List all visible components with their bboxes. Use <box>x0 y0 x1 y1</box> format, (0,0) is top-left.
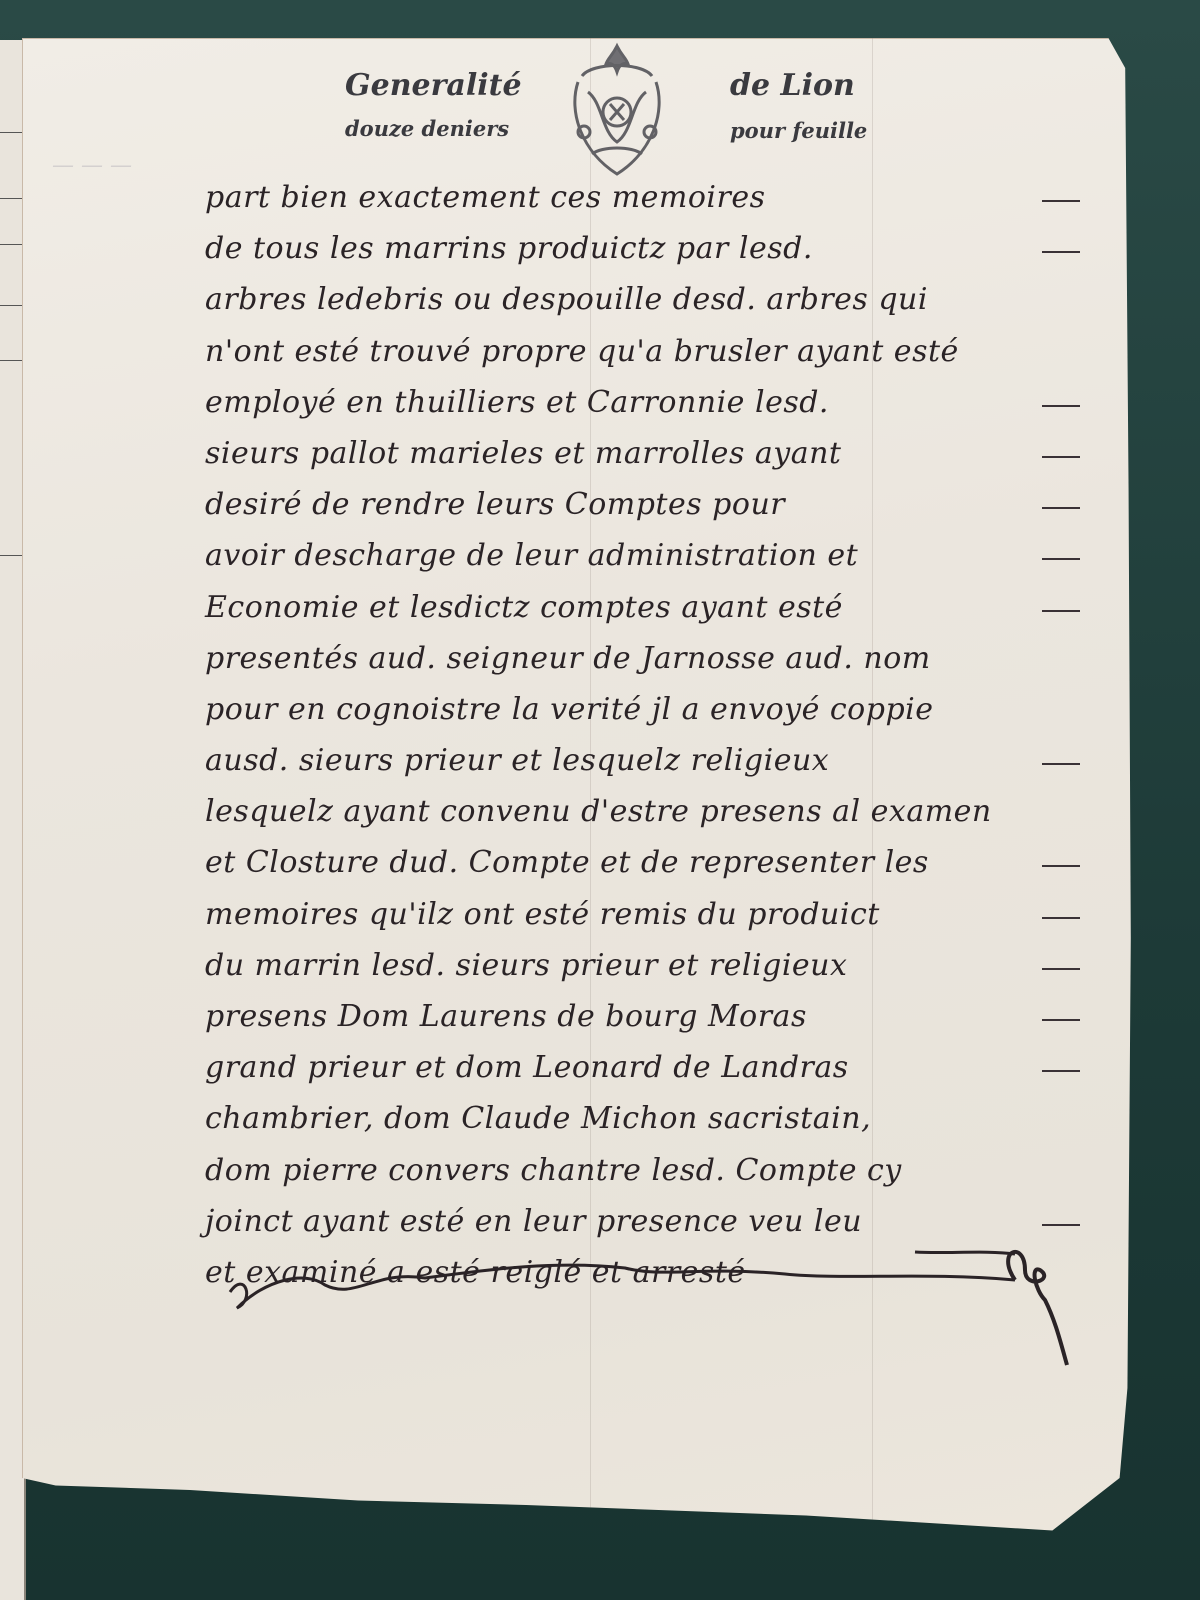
text-line: dom pierre convers chantre lesd. Compte … <box>205 1145 1075 1196</box>
text-line: du marrin lesd. sieurs prieur et religie… <box>205 940 1075 991</box>
stamp-pour-feuille: pour feuille <box>730 118 867 143</box>
stamp-generalite: Generalité <box>345 68 522 103</box>
line-filler-dash <box>1042 610 1080 612</box>
stamp-de-lion: de Lion <box>730 68 855 103</box>
text-line: lesquelz ayant convenu d'estre presens a… <box>205 786 1075 837</box>
line-filler-dash <box>1042 763 1080 765</box>
line-filler-dash <box>1042 456 1080 458</box>
line-filler-dash <box>1042 917 1080 919</box>
line-text: presens Dom Laurens de bourg Moras <box>205 999 807 1034</box>
line-filler-dash <box>1042 405 1080 407</box>
line-filler-dash <box>1042 1070 1080 1072</box>
text-line: de tous les marrins produictz par lesd. <box>205 223 1075 274</box>
line-text: part bien exactement ces memoires <box>205 180 766 215</box>
line-filler-dash <box>1042 200 1080 202</box>
text-line: et Closture dud. Compte et de represente… <box>205 837 1075 888</box>
text-line: grand prieur et dom Leonard de Landras <box>205 1042 1075 1093</box>
line-text: du marrin lesd. sieurs prieur et religie… <box>205 948 847 983</box>
text-line: presens Dom Laurens de bourg Moras <box>205 991 1075 1042</box>
text-line: sieurs pallot marieles et marrolles ayan… <box>205 428 1075 479</box>
tax-stamp-header: Generalité de Lion douze deniers pour fe… <box>330 42 930 162</box>
line-text: pour en cognoistre la verité jl a envoyé… <box>205 692 934 727</box>
line-text: memoires qu'ilz ont esté remis du produi… <box>205 897 880 932</box>
bleed-through-text: — — — <box>52 153 132 178</box>
line-text: sieurs pallot marieles et marrolles ayan… <box>205 436 841 471</box>
line-text: employé en thuilliers et Carronnie lesd. <box>205 385 829 420</box>
line-filler-dash <box>1042 507 1080 509</box>
ruling-mark <box>0 360 22 361</box>
line-filler-dash <box>1042 865 1080 867</box>
text-line: arbres ledebris ou despouille desd. arbr… <box>205 274 1075 325</box>
line-filler-dash <box>1042 558 1080 560</box>
ruling-mark <box>0 244 22 245</box>
ruling-mark <box>0 305 22 306</box>
text-line: part bien exactement ces memoires <box>205 172 1075 223</box>
text-line: avoir descharge de leur administration e… <box>205 530 1075 581</box>
text-line: memoires qu'ilz ont esté remis du produi… <box>205 889 1075 940</box>
line-text: arbres ledebris ou despouille desd. arbr… <box>205 282 928 317</box>
line-text: dom pierre convers chantre lesd. Compte … <box>205 1153 902 1188</box>
line-text: de tous les marrins produictz par lesd. <box>205 231 813 266</box>
line-text: ausd. sieurs prieur et lesquelz religieu… <box>205 743 829 778</box>
line-filler-dash <box>1042 968 1080 970</box>
line-text: lesquelz ayant convenu d'estre presens a… <box>205 794 992 829</box>
text-line: chambrier, dom Claude Michon sacristain, <box>205 1093 1075 1144</box>
line-text: chambrier, dom Claude Michon sacristain, <box>205 1101 871 1136</box>
line-text: Economie et lesdictz comptes ayant esté <box>205 590 843 625</box>
stamp-douze-deniers: douze deniers <box>345 116 509 141</box>
line-text: grand prieur et dom Leonard de Landras <box>205 1050 849 1085</box>
text-line: Economie et lesdictz comptes ayant esté <box>205 582 1075 633</box>
line-text: n'ont esté trouvé propre qu'a brusler ay… <box>205 334 959 369</box>
signature-flourish-icon <box>225 1240 1085 1370</box>
line-text: presentés aud. seigneur de Jarnosse aud.… <box>205 641 931 676</box>
text-line: pour en cognoistre la verité jl a envoyé… <box>205 684 1075 735</box>
text-line: n'ont esté trouvé propre qu'a brusler ay… <box>205 326 1075 377</box>
line-filler-dash <box>1042 1224 1080 1226</box>
text-line: employé en thuilliers et Carronnie lesd. <box>205 377 1075 428</box>
line-filler-dash <box>1042 251 1080 253</box>
fleur-de-lis-emblem-icon <box>562 42 672 182</box>
ruling-mark <box>0 132 22 133</box>
text-line: ausd. sieurs prieur et lesquelz religieu… <box>205 735 1075 786</box>
line-text: joinct ayant esté en leur presence veu l… <box>205 1204 862 1239</box>
line-text: avoir descharge de leur administration e… <box>205 538 858 573</box>
line-filler-dash <box>1042 1019 1080 1021</box>
line-text: desiré de rendre leurs Comptes pour <box>205 487 785 522</box>
ruling-mark <box>0 198 22 199</box>
text-line: presentés aud. seigneur de Jarnosse aud.… <box>205 633 1075 684</box>
ruling-mark <box>0 555 22 556</box>
text-line: desiré de rendre leurs Comptes pour <box>205 479 1075 530</box>
handwritten-text-body: part bien exactement ces memoires de tou… <box>205 172 1075 1298</box>
line-text: et Closture dud. Compte et de represente… <box>205 845 929 880</box>
